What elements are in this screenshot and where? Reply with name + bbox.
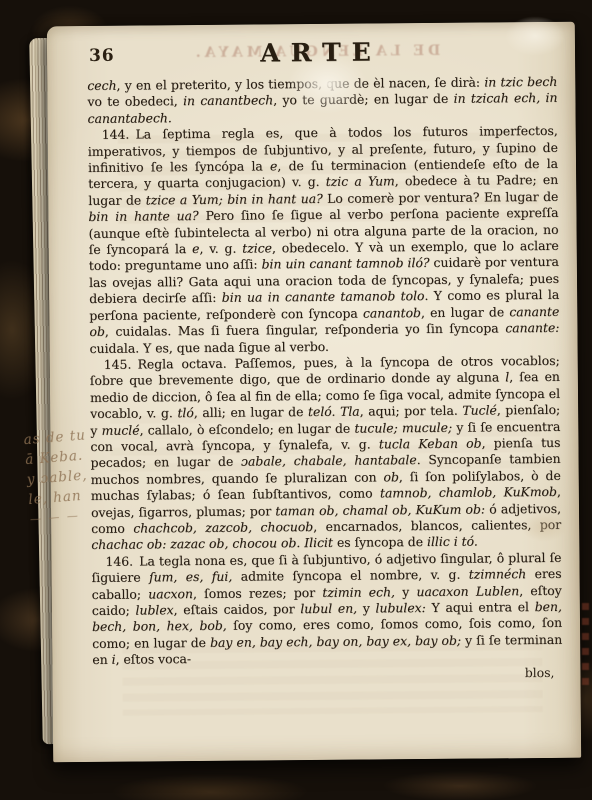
running-title: ARTE [87,36,555,69]
book-page: DE LA LENGUA MAYA. 36 ARTE cech, y en el… [47,22,581,763]
text-body: cech, y en el preterito, y los tiempos, … [87,74,562,669]
text-run: 145. Regla octava. Paſſemos, pues, à la … [90,353,560,389]
text-run: y [357,600,376,615]
maya-term: tzice [242,240,272,255]
text-run: Y aqui entra el [426,599,535,615]
maya-term: tzimnéch [469,566,527,582]
maya-term: lublex [135,602,173,617]
maya-term: lubul en, [300,601,357,616]
paragraph: cech, y en el preterito, y los tiempos, … [87,74,557,127]
maya-term: ſum, es, fui, [149,569,232,585]
edge-ink-bleed [582,595,589,685]
maya-term: bay en, bay ech, bay on, bay ex, bay ob; [210,633,461,650]
text-run: , cuidalas. Mas ſi fuera ſingular, reſpo… [105,320,506,338]
maya-term: tló [177,405,194,420]
text-run: , encarnados, blancos, calientes, por [313,517,561,534]
maya-term: Tuclé [462,403,497,418]
maya-term: chachcob, zazcob, chocuob [133,519,313,536]
paragraph: 145. Regla octava. Paſſemos, pues, à la … [90,353,562,554]
maya-term: tamnob, chamlob, KuKmob [380,484,557,501]
maya-term: illic i tó. [427,534,478,549]
maya-term: lubulex: [375,600,425,615]
maya-term: bin uin canant tamnob iló? [261,255,429,271]
text-run: , aqui; por tela. [360,403,463,419]
text-run: Lo comerè por ventura? En lugar de [323,189,559,206]
text-run: , alli; en lugar de [194,404,308,420]
maya-term: tucla Keban ob [379,435,482,451]
text-run: , ſomos rezes; por [193,585,323,601]
maya-term: uacaxon Lublen [416,583,519,599]
book-scan: DE LA LENGUA MAYA. 36 ARTE cech, y en el… [0,0,592,800]
text-run: , v. g. [199,241,242,256]
text-run: , en lugar de [421,304,509,320]
maya-term: taman ob, chamal ob, KuKum ob: [275,501,485,518]
maya-term: tzice a Yum; bin in hant ua? [146,191,323,208]
maya-term: teló. Tla [308,404,360,419]
text-run: , y en el preterito, y los tiempos, que … [116,75,484,93]
paragraph: 146. La tegla nona es, que ſi à ſubjunti… [91,550,562,669]
maya-term: canante: [505,320,559,335]
maya-term: tucule; mucule; [354,419,452,435]
text-run: cuidala. Y es, que nada ſigue al verbo. [90,338,329,355]
text-run: , eſtos voca- [115,651,191,667]
maya-term: e [192,241,199,256]
paragraph: 144. La ſeptima regla es, que à todos lo… [88,123,560,357]
text-run: admite ſyncopa el nombre, v. g. [232,567,469,584]
maya-term: bin ua in canante tamanob tolo [222,288,425,305]
page-header: DE LA LENGUA MAYA. 36 ARTE [87,36,555,76]
maya-term: canantob [363,305,421,321]
text-run: , eſtais caidos, por [174,601,301,617]
maya-term: ob [383,469,399,484]
text-run: es ſyncopa de [333,534,427,550]
maya-term: chachac ob: zazac ob, chocou ob. Ilicit [91,535,333,552]
maya-term: in canantbech [183,93,273,109]
text-run: , yo te guardè; en lugar de [273,91,454,108]
text-run: vo te obedeci, [87,94,183,110]
maya-term: tzic a Yum [326,174,395,190]
maya-term: bin in hante ua? [88,208,198,224]
maya-term: in tzic bech [484,74,557,90]
maya-term: uacxon [148,586,193,601]
maya-term: ɔabale, chabale, hantabale [241,452,417,469]
text-run: y [395,584,417,599]
maya-term: cech [87,78,116,93]
text-run: , callalo, ò eſcondelo; en lugar de [139,420,354,437]
margin-note-handwriting: as de tuā Keba.y ɔable,le, han— — — [23,422,137,530]
maya-term: tzimin ech, [322,584,395,600]
